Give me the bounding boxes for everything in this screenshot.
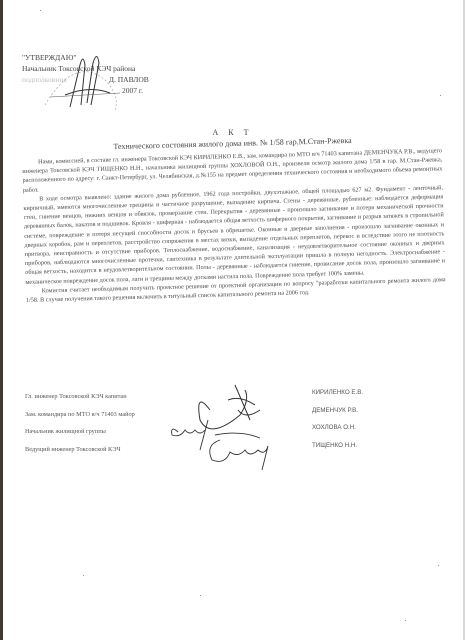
signature-role: Зам. командира по МТО в/ч 71403 майор bbox=[25, 411, 135, 418]
signature-role: Начальник жилищной группы bbox=[25, 428, 106, 435]
scan-left-edge bbox=[0, 0, 3, 640]
scan-speck bbox=[83, 575, 84, 576]
approval-signature-stamp-icon bbox=[35, 35, 125, 110]
document-title-block: А К Т Технического состояния жилого дома… bbox=[0, 128, 465, 148]
signature-role: Гл. инженер Токсовской КЭЧ капитан bbox=[25, 393, 127, 400]
approval-date: 2007 г. bbox=[122, 86, 143, 95]
signature-name: ТИЩЕНКО Н.Н. bbox=[312, 442, 357, 449]
handwritten-signatures-icon bbox=[150, 380, 290, 480]
paragraph-findings: В ходе осмотра выявлено: здание жилого д… bbox=[23, 183, 445, 287]
scan-speck bbox=[405, 620, 406, 621]
signature-role: Ведущий инженер Токсовской КЭЧ bbox=[25, 446, 121, 453]
scan-speck bbox=[438, 565, 439, 566]
signature-name: ХОХЛОВА О.Н. bbox=[312, 424, 356, 431]
signature-name: КИРИЛЕНКО Е.В. bbox=[312, 389, 363, 396]
document-body: Нами, комиссией, в составе гл. инженера … bbox=[22, 146, 446, 305]
signature-name: ДЕМЕНЧУК Р.В. bbox=[312, 407, 358, 414]
scan-speck bbox=[440, 95, 441, 96]
scan-speck bbox=[40, 10, 41, 11]
scan-speck bbox=[200, 595, 201, 596]
